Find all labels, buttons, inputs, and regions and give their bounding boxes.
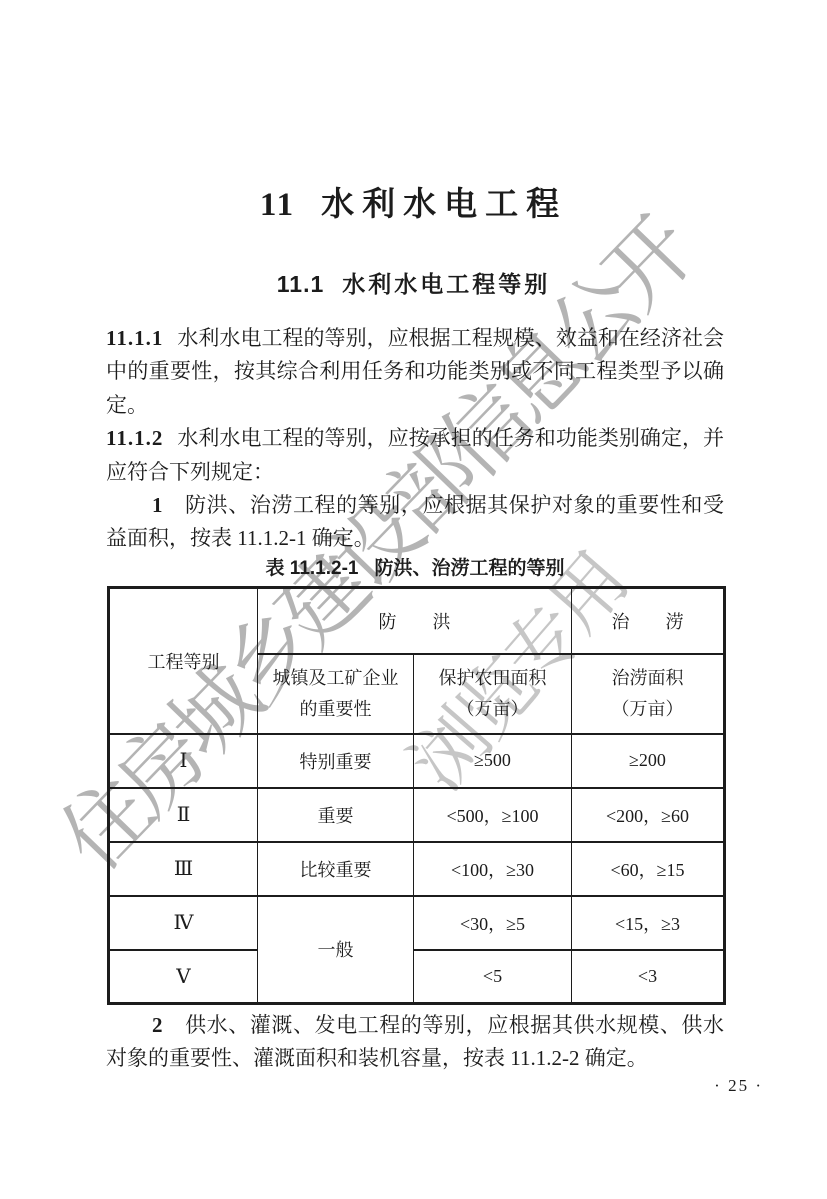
cell-drainage: <60，≥15: [572, 842, 725, 896]
section-heading: 11.1水利水电工程等别: [0, 266, 827, 299]
chapter-title: 水利水电工程: [321, 187, 567, 223]
header-line: 城镇及工矿企业: [258, 663, 413, 694]
header-cell-farmland-area: 保护农田面积（万亩）: [414, 654, 572, 734]
cell-farmland: <30，≥5: [414, 896, 572, 950]
table-row: Ⅴ <5 <3: [109, 950, 725, 1004]
section-title: 水利水电工程等别: [342, 271, 550, 297]
item-text: 防洪、治涝工程的等别，应根据其保护对象的重要性和受益面积，按表 11.1.2-1…: [106, 493, 724, 550]
header-line: 保护农田面积: [414, 663, 571, 694]
cell-grade: Ⅲ: [109, 842, 258, 896]
cell-grade: Ⅴ: [109, 950, 258, 1004]
header-cell-drainage-area: 治涝面积（万亩）: [572, 654, 725, 734]
cell-importance-merged: 一般: [258, 896, 414, 1004]
chapter-heading: 11水利水电工程: [0, 178, 827, 225]
cell-farmland: <5: [414, 950, 572, 1004]
header-cell-town-importance: 城镇及工矿企业的重要性: [258, 654, 414, 734]
cell-drainage: ≥200: [572, 734, 725, 788]
item-number: 1: [152, 493, 163, 517]
clause-number: 11.1.1: [106, 326, 163, 350]
flood-drainage-grade-table: 工程等别 防 洪 治 涝 城镇及工矿企业的重要性 保护农田面积（万亩） 治涝面积…: [107, 586, 726, 1005]
cell-farmland: ≥500: [414, 734, 572, 788]
table-row: Ⅰ 特别重要 ≥500 ≥200: [109, 734, 725, 788]
table-caption-label: 表 11.1.2-1: [266, 558, 359, 579]
header-cell-grade: 工程等别: [109, 588, 258, 734]
table-caption-title: 防洪、治涝工程的等别: [374, 558, 564, 579]
list-item-1: 1防洪、治涝工程的等别，应根据其保护对象的重要性和受益面积，按表 11.1.2-…: [106, 489, 724, 556]
cell-grade: Ⅱ: [109, 788, 258, 842]
cell-importance: 特别重要: [258, 734, 414, 788]
header-cell-flood-group: 防 洪: [258, 588, 572, 654]
clause-text: 水利水电工程的等别，应按承担的任务和功能类别确定，并应符合下列规定：: [106, 426, 724, 483]
section-number: 11.1: [277, 271, 325, 297]
cell-importance: 比较重要: [258, 842, 414, 896]
item-text: 供水、灌溉、发电工程的等别，应根据其供水规模、供水对象的重要性、灌溉面积和装机容…: [106, 1013, 724, 1070]
list-item-2: 2供水、灌溉、发电工程的等别，应根据其供水规模、供水对象的重要性、灌溉面积和装机…: [106, 1009, 724, 1076]
cell-importance: 重要: [258, 788, 414, 842]
cell-farmland: <100，≥30: [414, 842, 572, 896]
cell-grade: Ⅰ: [109, 734, 258, 788]
body-text-upper: 11.1.1水利水电工程的等别，应根据工程规模、效益和在经济社会中的重要性，按其…: [106, 322, 724, 556]
clause-text: 水利水电工程的等别，应根据工程规模、效益和在经济社会中的重要性，按其综合利用任务…: [106, 326, 724, 417]
header-cell-drainage-group: 治 涝: [572, 588, 725, 654]
chapter-number: 11: [260, 187, 295, 223]
cell-drainage: <200，≥60: [572, 788, 725, 842]
table-caption: 表 11.1.2-1防洪、治涝工程的等别: [106, 553, 724, 580]
body-text-lower: 2供水、灌溉、发电工程的等别，应根据其供水规模、供水对象的重要性、灌溉面积和装机…: [106, 1009, 724, 1076]
clause-number: 11.1.2: [106, 426, 163, 450]
table-row: Ⅳ 一般 <30，≥5 <15，≥3: [109, 896, 725, 950]
cell-drainage: <15，≥3: [572, 896, 725, 950]
clause-11-1-1: 11.1.1水利水电工程的等别，应根据工程规模、效益和在经济社会中的重要性，按其…: [106, 322, 724, 422]
item-number: 2: [152, 1013, 163, 1037]
table-group-header-row: 工程等别 防 洪 治 涝: [109, 588, 725, 654]
table-row: Ⅱ 重要 <500，≥100 <200，≥60: [109, 788, 725, 842]
table-row: Ⅲ 比较重要 <100，≥30 <60，≥15: [109, 842, 725, 896]
cell-grade: Ⅳ: [109, 896, 258, 950]
header-line: 治涝面积: [572, 663, 723, 694]
cell-drainage: <3: [572, 950, 725, 1004]
cell-farmland: <500，≥100: [414, 788, 572, 842]
header-line: 的重要性: [258, 694, 413, 725]
clause-11-1-2: 11.1.2水利水电工程的等别，应按承担的任务和功能类别确定，并应符合下列规定：: [106, 422, 724, 489]
header-line: （万亩）: [414, 694, 571, 725]
header-line: （万亩）: [572, 694, 723, 725]
document-page: 住房城乡建设部信息公开 浏览专用 11水利水电工程 11.1水利水电工程等别 1…: [0, 0, 827, 1199]
page-number: · 25 ·: [714, 1076, 763, 1096]
page-content: 11水利水电工程 11.1水利水电工程等别 11.1.1水利水电工程的等别，应根…: [0, 0, 827, 1199]
